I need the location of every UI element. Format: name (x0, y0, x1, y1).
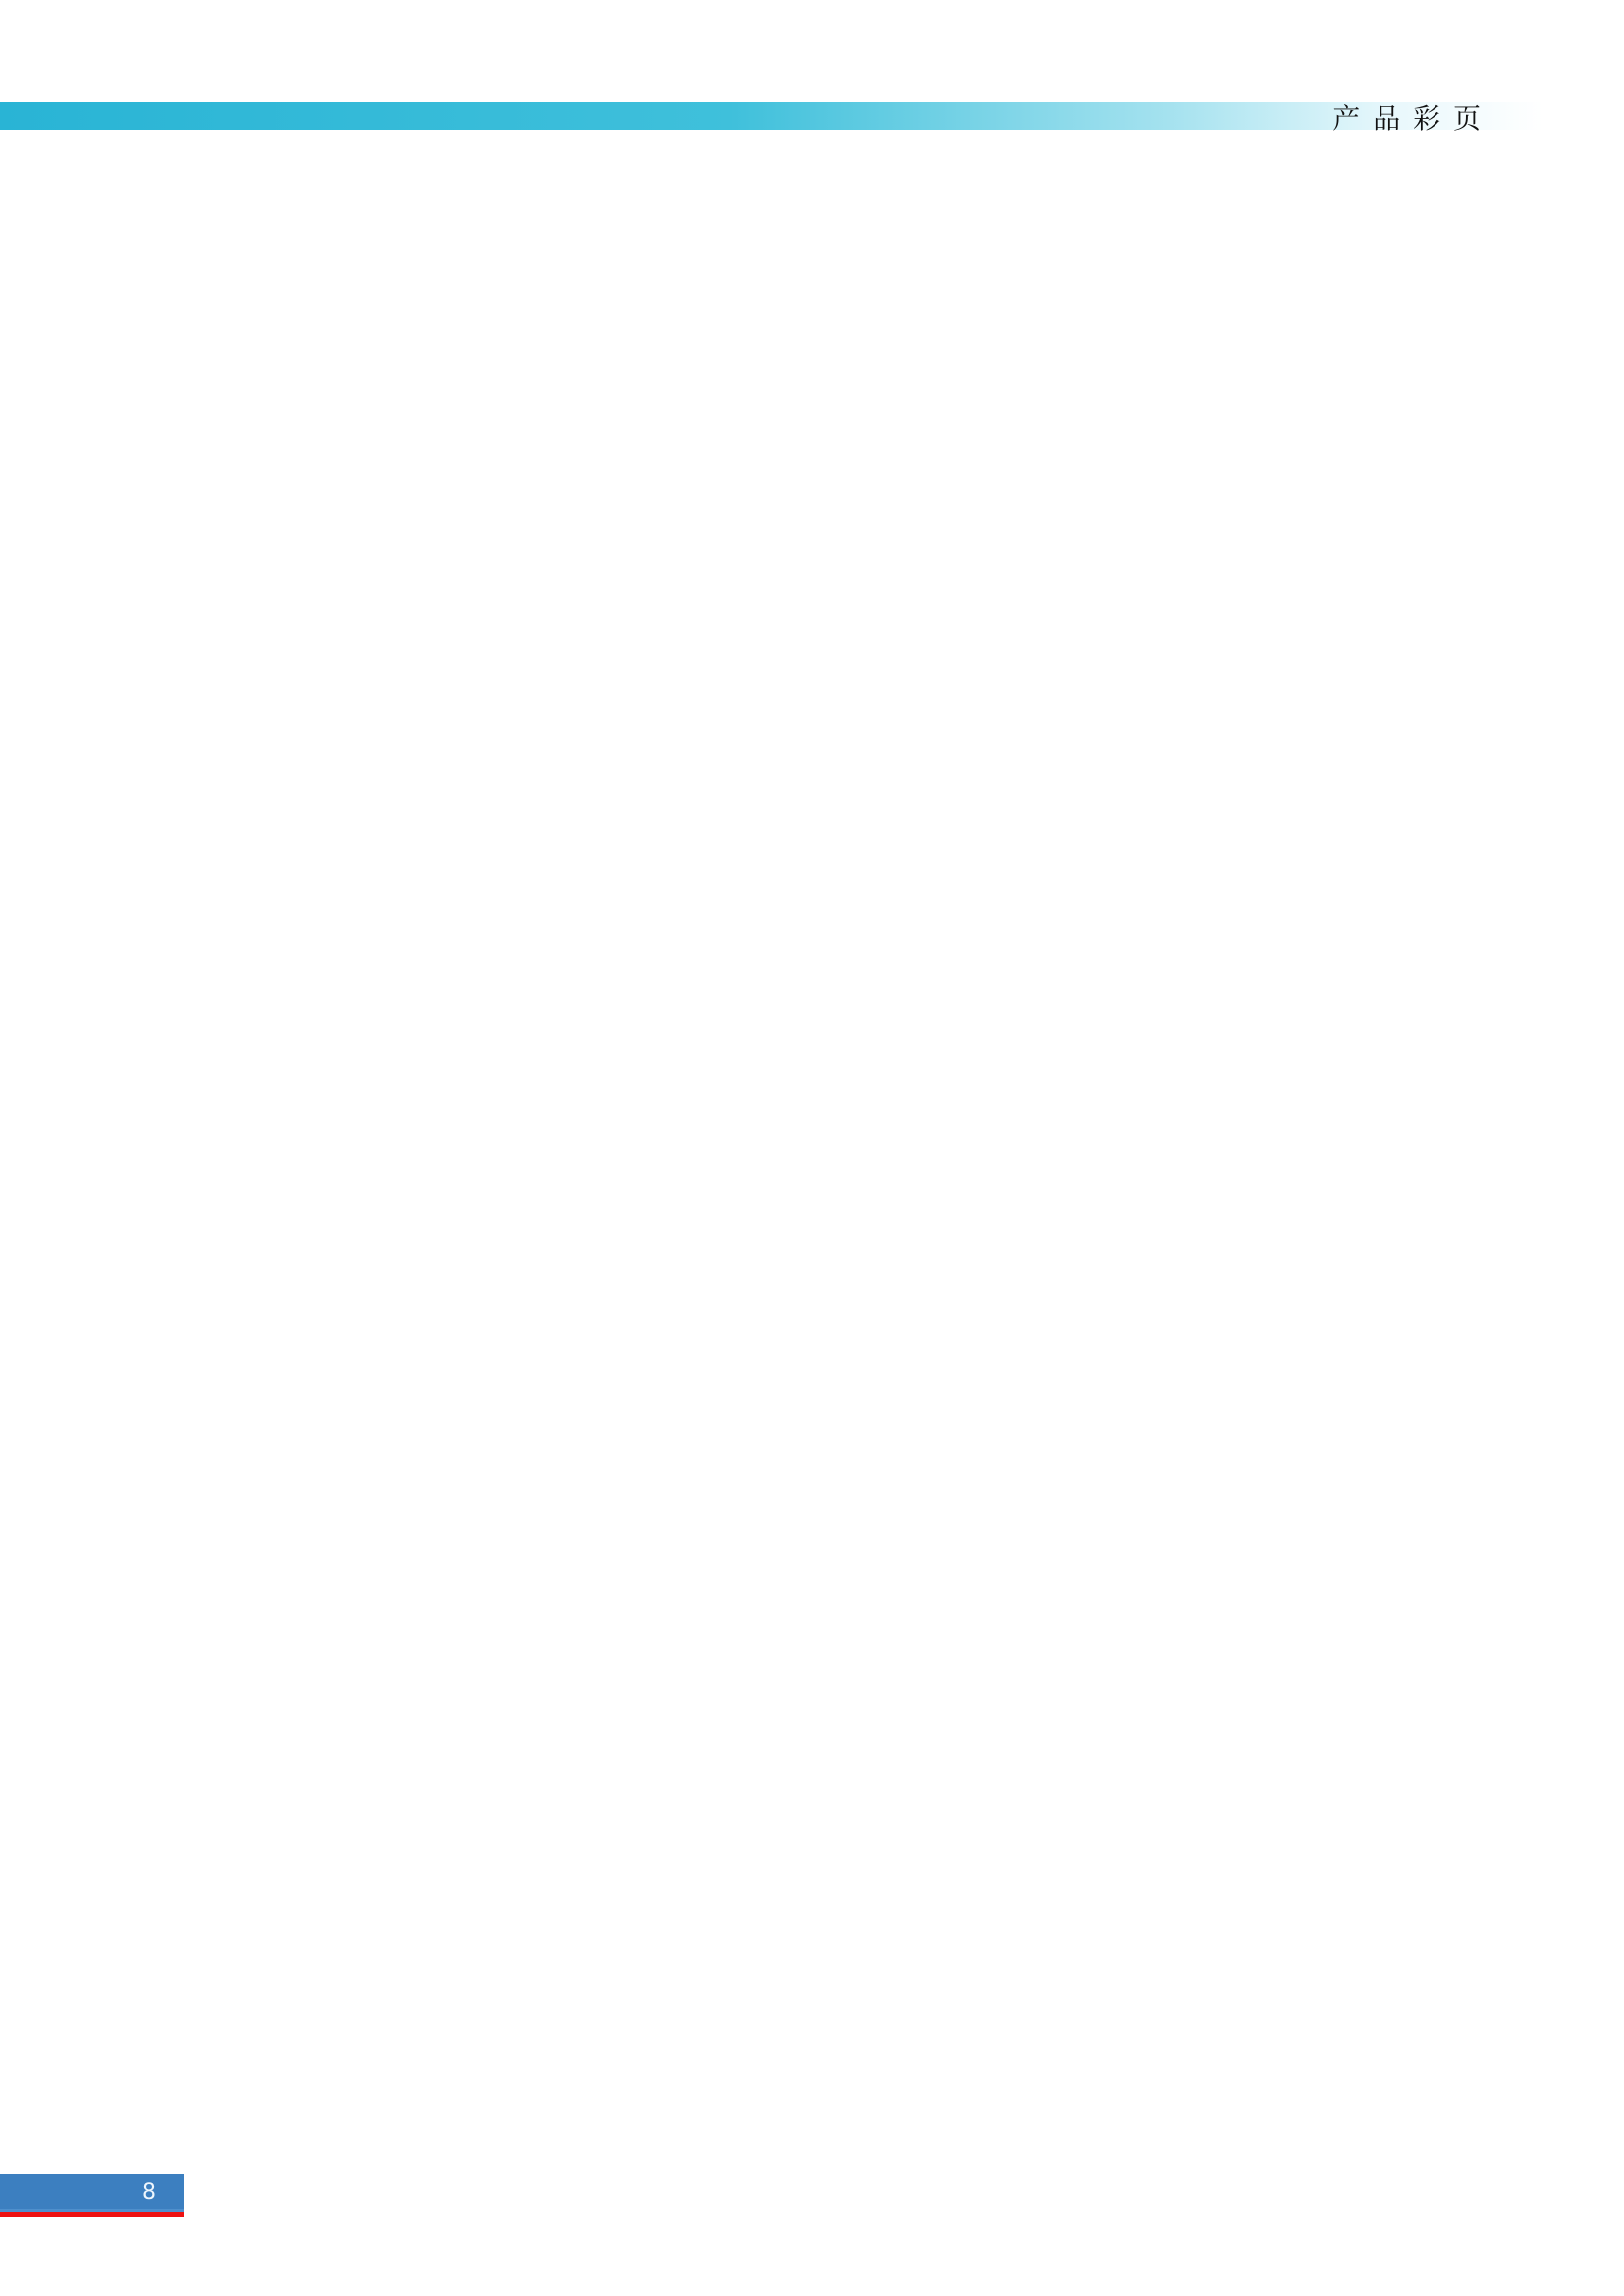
datasheet-page: 产 品 彩 页 8 (0, 0, 1624, 2296)
footer: 8 (0, 2174, 184, 2217)
page-number: 8 (142, 2180, 156, 2205)
page-number-box: 8 (0, 2174, 184, 2209)
page-title: 产 品 彩 页 (1332, 97, 1483, 136)
footer-red-bar (0, 2212, 184, 2217)
